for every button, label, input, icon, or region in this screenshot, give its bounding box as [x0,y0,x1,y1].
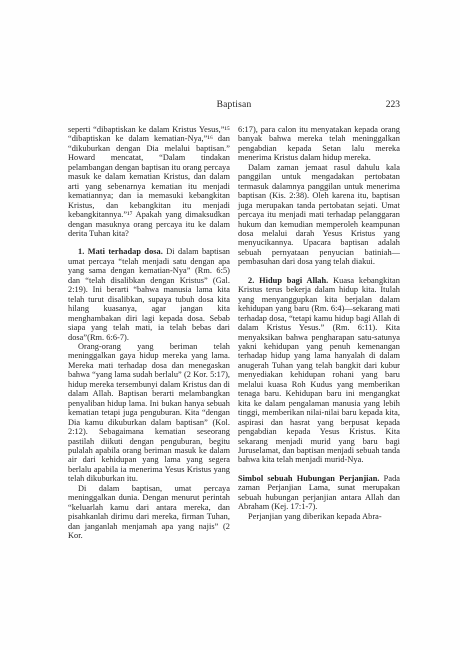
page-number: 223 [386,99,400,111]
text-block: seperti “dibaptiskan ke dalam Kristus Ye… [68,125,400,540]
column-right: 6:17), para calon itu menyatakan kepada … [238,125,400,540]
paragraph: 6:17), para calon itu menyatakan kepada … [238,125,400,163]
paragraph: Orang-orang yang beriman telah meninggal… [68,342,230,484]
run-in-heading: Simbol sebuah Hubungan Perjanjian. [238,474,384,483]
paragraph: Di dalam baptisan, umat percaya meningga… [68,484,230,541]
paragraph-with-heading: 2. Hidup bagi Allah. Kuasa kebangkitan K… [238,276,400,465]
paragraph: Perjanjian yang diberikan kepada Abra- [238,512,400,521]
page-title: Baptisan [68,99,400,111]
paragraph: Dalam zaman jemaat rasul dahulu kala pan… [238,163,400,267]
paragraph-with-heading: 1. Mati terhadap dosa. Di dalam baptisan… [68,247,230,342]
run-in-heading: 1. Mati terhadap dosa. [78,247,166,256]
paragraph: seperti “dibaptiskan ke dalam Kristus Ye… [68,125,230,238]
column-left: seperti “dibaptiskan ke dalam Kristus Ye… [68,125,230,540]
book-page: Baptisan 223 seperti “dibaptiskan ke dal… [0,0,460,650]
running-head: Baptisan 223 [68,99,400,111]
run-in-heading: 2. Hidup bagi Allah. [248,276,333,285]
paragraph-with-heading: Simbol sebuah Hubungan Perjanjian. Pada … [238,474,400,512]
